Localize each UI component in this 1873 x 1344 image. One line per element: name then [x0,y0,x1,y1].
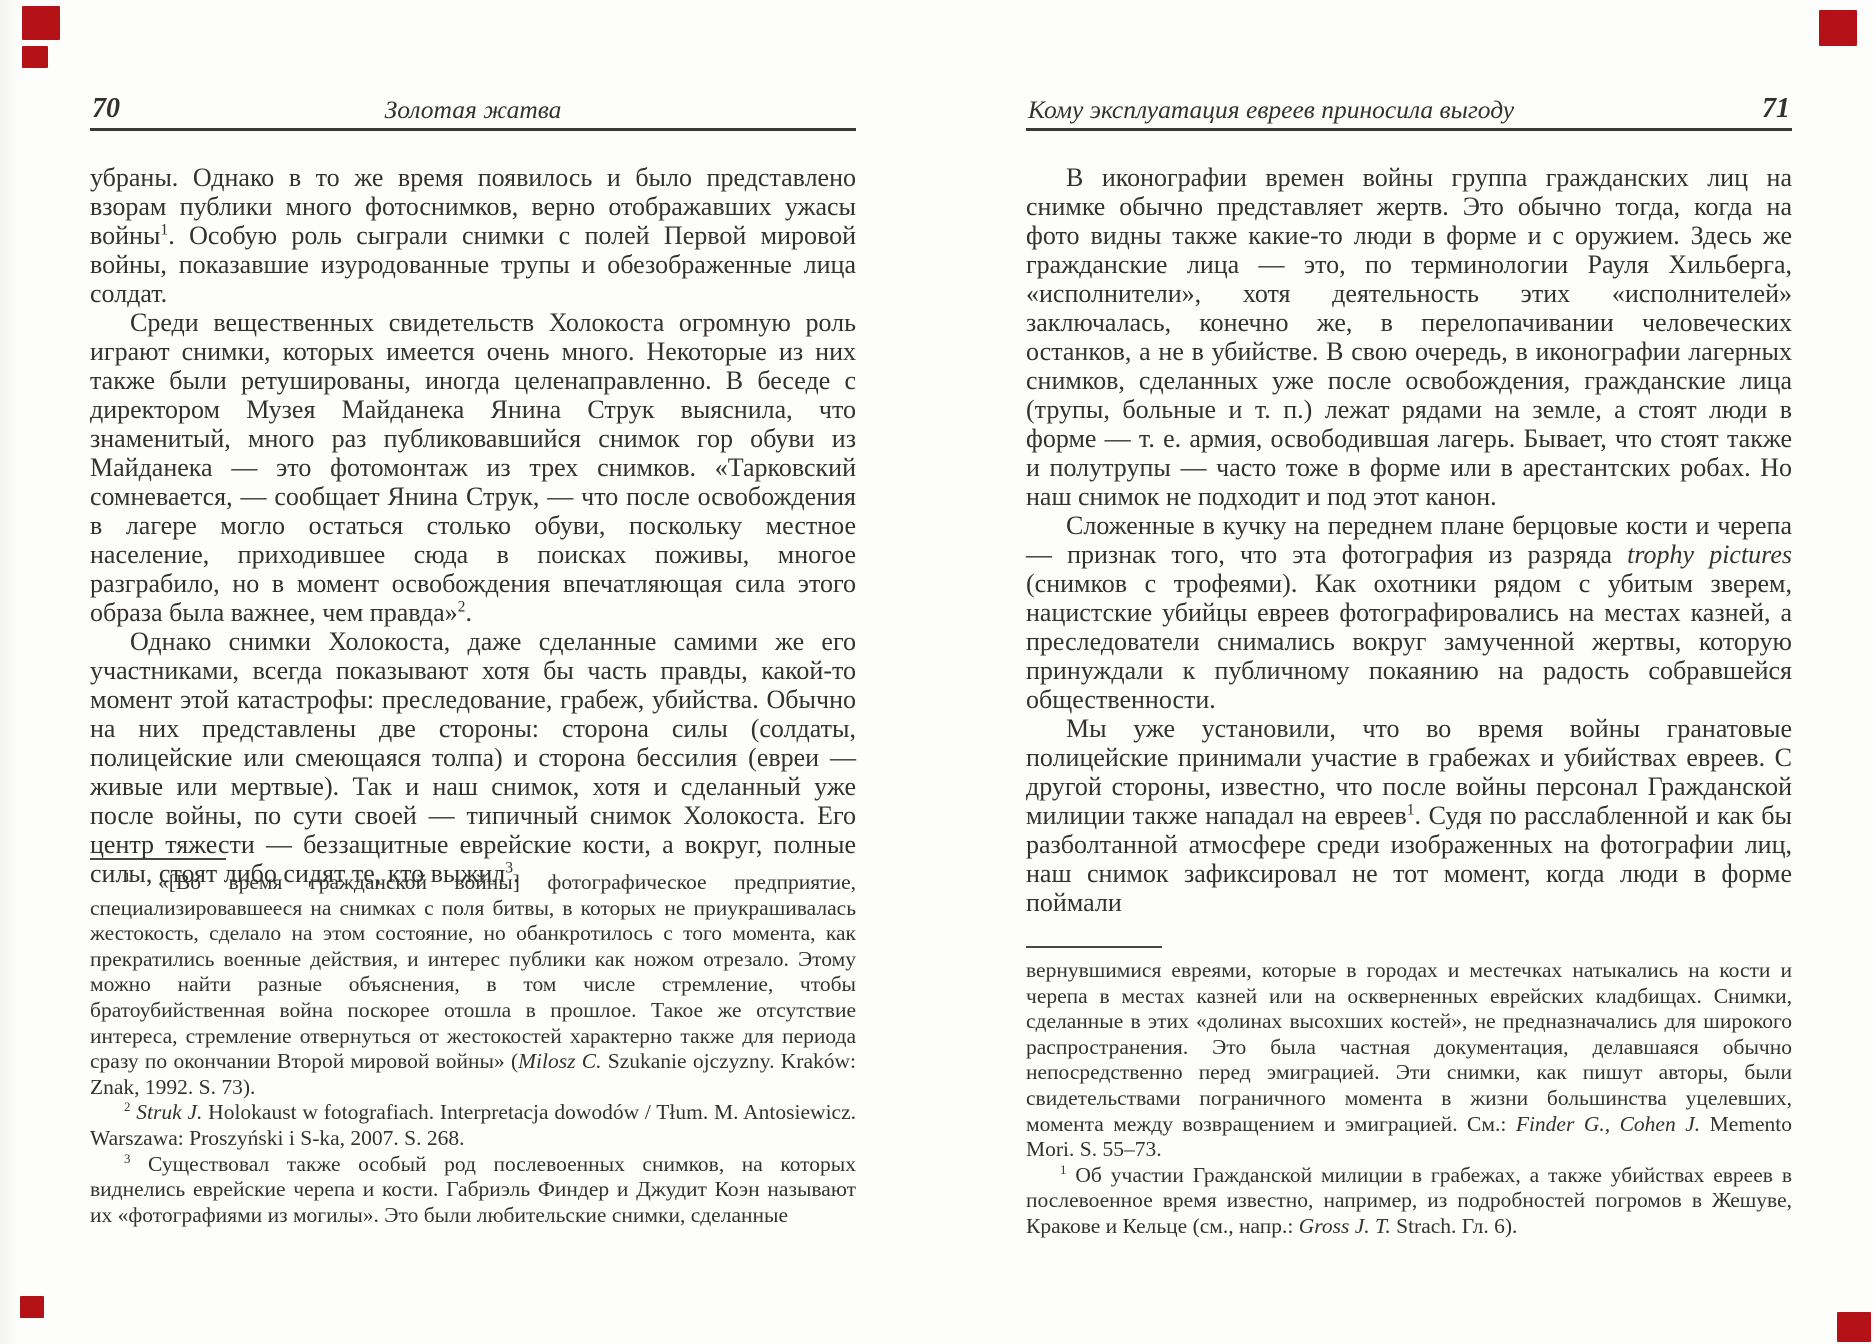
text-run: Holokaust w fotografiach. Interpretacja … [90,1100,856,1150]
italic-citation: Gross J. T. [1299,1214,1391,1238]
footnote-separator-right [1026,946,1162,948]
page-right-body: В иконографии времен войны группа гражда… [1026,163,1792,917]
text-run: Однако снимки Холокоста, даже сделанные … [90,627,856,888]
footnote: 2 Struk J. Holokaust w fotografiach. Int… [90,1100,856,1151]
italic-citation: Struk J. [136,1100,202,1124]
page-right-footnotes: вернувшимися евреями, которые в городах … [1026,946,1792,1240]
page-left-body: убраны. Однако в то же время появилось и… [90,163,856,888]
page-number-right: 71 [1762,94,1790,124]
footnote: 3 Существовал также особый род послевоен… [90,1152,856,1229]
body-paragraph: В иконографии времен войны группа гражда… [1026,163,1792,511]
footnote-reference: 1 [1407,801,1415,818]
text-run: . [465,598,472,627]
page-left-header: 70 Золотая жатва [90,92,856,131]
body-paragraph: убраны. Однако в то же время появилось и… [90,163,856,308]
page-right: Кому эксплуатация евреев приносила выгод… [1026,0,1792,1344]
red-corner-mark [1837,1312,1871,1342]
text-run: Существовал также особый род послевоенны… [90,1152,856,1227]
red-corner-mark [20,1296,44,1318]
book-scan: 70 Золотая жатва убраны. Однако в то же … [0,0,1873,1344]
body-paragraph: Однако снимки Холокоста, даже сделанные … [90,627,856,888]
text-run: вернувшимися евреями, которые в городах … [1026,958,1792,1136]
page-left: 70 Золотая жатва убраны. Однако в то же … [90,0,856,1344]
page-left-footnotes: 1 «[Во время гражданской войны] фотограф… [90,858,856,1228]
footnote-text-right: вернувшимися евреями, которые в городах … [1026,958,1792,1240]
text-run: Среди вещественных свидетельств Холокост… [90,308,856,627]
body-paragraph: Сложенные в кучку на переднем плане берц… [1026,511,1792,714]
page-right-header: Кому эксплуатация евреев приносила выгод… [1026,92,1792,131]
text-run: В иконографии времен войны группа гражда… [1026,163,1792,511]
footnote: 1 Об участии Гражданской милиции в грабе… [1026,1163,1792,1240]
text-run: . Особую роль сыграли снимки с полей Пер… [90,221,856,308]
text-run: «[Во время гражданской войны] фотографич… [90,870,856,1073]
text-run: Strach. Гл. 6). [1391,1214,1518,1238]
red-corner-mark [22,6,60,40]
italic-citation: Finder G., Cohen J. [1516,1112,1700,1136]
footnote: 1 «[Во время гражданской войны] фотограф… [90,870,856,1100]
red-corner-mark [22,46,48,68]
footnote: вернувшимися евреями, которые в городах … [1026,958,1792,1163]
italic-citation: Milosz C. [518,1049,601,1073]
text-run: (снимков с трофеями). Как охотники рядом… [1026,569,1792,714]
footnote-separator-left [90,858,226,860]
body-paragraph: Среди вещественных свидетельств Холокост… [90,308,856,627]
running-title-left: Золотая жатва [90,95,856,125]
footnote-text-left: 1 «[Во время гражданской войны] фотограф… [90,870,856,1228]
body-paragraph: Мы уже установили, что во время войны гр… [1026,714,1792,917]
running-title-right: Кому эксплуатация евреев приносила выгод… [1028,95,1514,125]
italic-citation: trophy pictures [1627,540,1792,569]
red-corner-mark [1819,10,1857,46]
